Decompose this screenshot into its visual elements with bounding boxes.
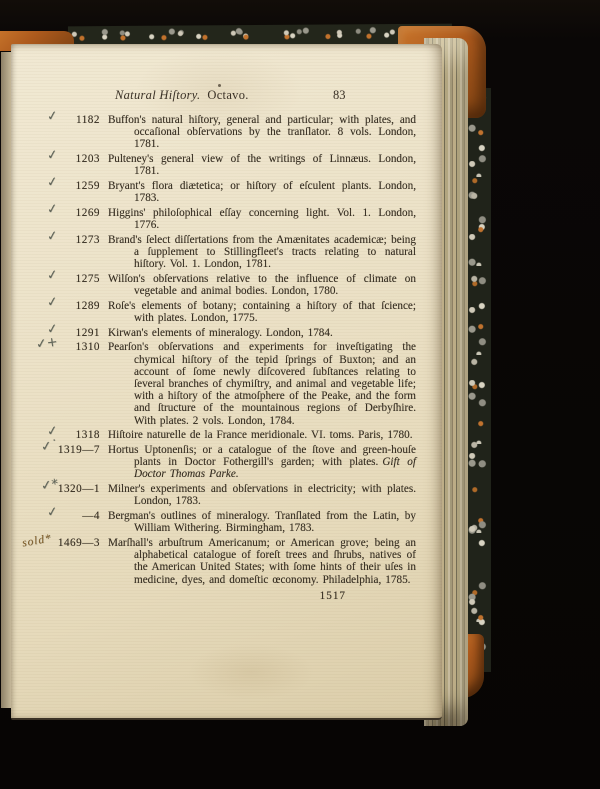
entry-number: 1275 — [76, 273, 100, 285]
section-title: Natural Hiſtory.Octavo. — [115, 88, 249, 103]
catalog-entry: ✓ 1291 Kirwan's elements of mineralogy. … — [108, 327, 416, 339]
entry-text: Bergman's outlines of mineralogy. Tranſl… — [108, 510, 416, 534]
catalog-entry: ✓ 1269 Higgins' philoſophical eſſay conc… — [108, 207, 416, 231]
marbled-board-right — [464, 88, 491, 672]
entry-number: 1273 — [76, 234, 100, 246]
entry-text: Bryant's flora diætetica; or hiſtory of … — [108, 180, 416, 204]
margin-checkmark: ✓ — [46, 149, 58, 163]
margin-checkmark: ✓ — [46, 426, 58, 440]
marbled-board-top — [68, 24, 452, 47]
catalog-entry: ✓ 1289 Roſe's elements of botany; contai… — [108, 300, 416, 324]
entry-text: Wilſon's obſervations relative to the in… — [108, 273, 416, 297]
catalog-entry: ✓ 1275 Wilſon's obſervations relative to… — [108, 273, 416, 297]
catalog-entry: ✓ 1203 Pulteney's general view of the wr… — [108, 153, 416, 177]
catalog-entry: ✓* 1320—1 Milner's experiments and obſer… — [108, 483, 416, 507]
catalog-entry: sold* 1469—3 Marſhall's arbuſtrum Americ… — [108, 537, 416, 586]
book-photo: Natural Hiſtory.Octavo. 83 ✓ 1182 Buffon… — [0, 0, 600, 789]
section-title-text: Natural Hiſtory. — [115, 88, 200, 102]
entry-number: 1310 — [76, 341, 100, 353]
entry-text: Kirwan's elements of mineralogy. London,… — [108, 327, 416, 339]
margin-checkmark: ✓ — [46, 296, 58, 310]
entry-number: 1289 — [76, 300, 100, 312]
entry-text: Marſhall's arbuſtrum Americanum; or Amer… — [108, 537, 416, 586]
catalog-entry: ✓ 1273 Brand's ſelect diſſertations from… — [108, 234, 416, 271]
entries-list: ✓ 1182 Buffon's natural hiſtory, general… — [108, 114, 416, 586]
entry-number: 1319—7 — [58, 444, 100, 456]
entry-number: 1259 — [76, 180, 100, 192]
margin-checkmark: ✓ — [46, 176, 58, 190]
entry-text-main: Hortus Uptonenſis; or a catalogue of the… — [108, 444, 416, 468]
entry-text: Roſe's elements of botany; containing a … — [108, 300, 416, 324]
margin-checkmark: ✓ — [46, 269, 58, 283]
catchword: 1517 — [11, 590, 346, 602]
margin-checkmark: ✓ — [46, 110, 58, 124]
entry-text: Brand's ſelect diſſertations from the Am… — [108, 234, 416, 271]
entry-number: 1269 — [76, 207, 100, 219]
entry-text: Hiſtoire naturelle de la France meridion… — [108, 429, 416, 441]
sold-annotation: sold* — [21, 532, 53, 549]
format-label: Octavo. — [207, 88, 248, 102]
catalog-entry: ✓˙ 1319—7 Hortus Uptonenſis; or a catalo… — [108, 444, 416, 481]
entry-text: Hortus Uptonenſis; or a catalogue of the… — [108, 444, 416, 481]
entry-text: Higgins' philoſophical eſſay concerning … — [108, 207, 416, 231]
entry-number: 1320—1 — [58, 483, 100, 495]
entry-number: 1182 — [76, 114, 100, 126]
entry-text: Milner's experiments and obſervations in… — [108, 483, 416, 507]
entry-number: 1291 — [76, 327, 100, 339]
margin-checkmark: ✓ — [46, 230, 58, 244]
page-number: 83 — [333, 88, 346, 103]
entry-number: 1469—3 — [58, 537, 100, 549]
margin-checkmark: ✓ — [46, 506, 58, 520]
entry-number: 1318 — [76, 429, 100, 441]
entry-text: Pearſon's obſervations and experiments f… — [108, 341, 416, 426]
entry-number: 1203 — [76, 153, 100, 165]
margin-checkmark: ✓ — [46, 203, 58, 217]
book-page: Natural Hiſtory.Octavo. 83 ✓ 1182 Buffon… — [11, 44, 442, 720]
catalog-entry: ✓ 1259 Bryant's flora diætetica; or hiſt… — [108, 180, 416, 204]
entry-number: —4 — [82, 510, 100, 522]
catalog-entry: ✓ 1318 Hiſtoire naturelle de la France m… — [108, 429, 416, 441]
margin-checkmark: ✓+ — [35, 337, 58, 352]
catalog-entry: ✓ 1182 Buffon's natural hiſtory, general… — [108, 114, 416, 151]
margin-checkmark: ✓* — [40, 479, 59, 494]
margin-checkmark: ✓˙ — [40, 440, 59, 455]
page-header: Natural Hiſtory.Octavo. 83 — [11, 88, 442, 104]
entry-text: Pulteney's general view of the writings … — [108, 153, 416, 177]
entry-text: Buffon's natural hiſtory, general and pa… — [108, 114, 416, 151]
catalog-entry: ✓+ 1310 Pearſon's obſervations and exper… — [108, 341, 416, 426]
catalog-entry: ✓ —4 Bergman's outlines of mineralogy. T… — [108, 510, 416, 534]
